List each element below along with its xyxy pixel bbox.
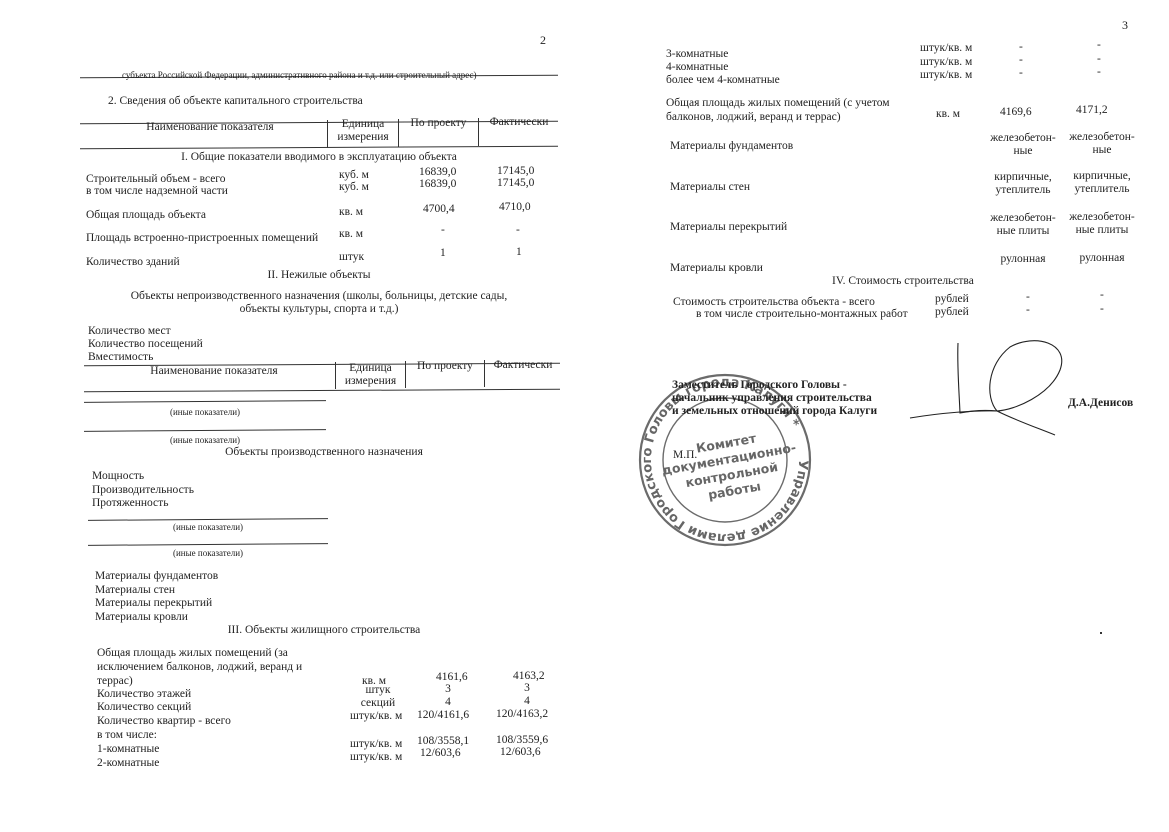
row-unit: кв. м: [339, 228, 363, 241]
blank-line: [84, 429, 326, 432]
col-unit-1: Единица: [336, 362, 405, 375]
table-header-bottom-rule: [84, 389, 560, 392]
row-name: 2-комнатные: [97, 757, 159, 770]
row-actual: -: [1097, 53, 1101, 66]
signatory-title-1: Заместитель Городского Головы -: [672, 379, 847, 392]
row-unit: секций: [346, 697, 410, 710]
section3-title: III. Объекты жилищного строительства: [80, 624, 568, 637]
row-actual: железобетон-: [1062, 131, 1142, 144]
row-unit: куб. м: [339, 181, 369, 194]
material-item: Материалы кровли: [95, 611, 188, 624]
row-project: кирпичные,: [983, 171, 1063, 184]
row-name: Количество секций: [97, 701, 191, 714]
prod-item: Производительность: [92, 484, 194, 497]
row-project: ные: [983, 145, 1063, 158]
row-name: Площадь встроенно-пристроенных помещений: [86, 232, 318, 245]
page-number: 3: [1122, 18, 1128, 32]
col-unit-1: Единица: [328, 118, 398, 131]
signatory-name: Д.А.Денисов: [1068, 397, 1133, 410]
col-name: Наименование показателя: [100, 365, 328, 378]
nonprod-title-1: Объекты непроизводственного назначения (…: [80, 290, 558, 303]
including-label: в том числе:: [97, 729, 157, 742]
row-name: Количество зданий: [86, 256, 180, 269]
handwritten-signature: [905, 335, 1065, 445]
row-unit: штук/кв. м: [350, 751, 402, 764]
row-actual: 3: [504, 682, 550, 695]
row-project: 3: [425, 683, 471, 696]
scan-speck: [1100, 632, 1102, 634]
col-actual: Фактически: [479, 116, 559, 129]
total-area-label-2: балконов, лоджий, веранд и террас): [666, 111, 841, 124]
total-area-actual: 4171,2: [1076, 104, 1108, 117]
row-project: 1: [440, 247, 446, 260]
other-indicators-caption: (иные показатели): [88, 522, 328, 533]
row-name: Материалы стен: [670, 181, 750, 194]
row-actual: -: [1097, 39, 1101, 52]
seal-label: М.П.: [673, 449, 697, 462]
signatory-title-3: и земельных отношений города Калуги: [672, 405, 877, 418]
prod-title: Объекты производственного назначения: [80, 446, 568, 459]
table-header-bottom-rule: [80, 146, 558, 150]
row-project: 16839,0: [419, 178, 456, 191]
other-indicators-caption: (иные показатели): [84, 435, 326, 446]
row-unit: штук/кв. м: [350, 710, 402, 723]
col-unit-2: измерения: [336, 375, 405, 388]
material-item: Материалы фундаментов: [95, 570, 218, 583]
row-unit: рублей: [935, 306, 969, 319]
nonprod-item: Количество посещений: [88, 338, 203, 351]
row-project: ные плиты: [983, 225, 1063, 238]
row-actual: 120/4163,2: [496, 708, 548, 721]
row-name: в том числе строительно-монтажных работ: [696, 308, 908, 321]
row-project: -: [1019, 54, 1023, 67]
row-name: в том числе надземной части: [86, 185, 228, 198]
row-name: Количество этажей: [97, 688, 191, 701]
section2-title: II. Нежилые объекты: [80, 269, 558, 282]
row-actual: рулонная: [1062, 252, 1142, 265]
row-actual: 4: [504, 695, 550, 708]
total-area-label-1: Общая площадь жилых помещений (с учетом: [666, 97, 890, 110]
row-project: железобетон-: [983, 212, 1063, 225]
col-name: Наименование показателя: [100, 121, 320, 134]
row-name: Материалы фундаментов: [670, 140, 793, 153]
row-unit: штук/кв. м: [920, 42, 972, 55]
row-project: 4700,4: [423, 203, 455, 216]
blank-line: [84, 400, 326, 403]
row-project: рулонная: [983, 253, 1063, 266]
other-indicators-caption: (иные показатели): [84, 407, 326, 418]
row-project: 12/603,6: [420, 747, 461, 760]
row-project: -: [441, 224, 445, 237]
row-actual: утеплитель: [1062, 183, 1142, 196]
row-actual: -: [1100, 303, 1104, 316]
row-actual: железобетон-: [1062, 211, 1142, 224]
other-indicators-caption: (иные показатели): [88, 548, 328, 559]
row-name: 4-комнатные: [666, 61, 728, 74]
row-name: Количество квартир - всего: [97, 715, 231, 728]
row-unit: штук/кв. м: [920, 69, 972, 82]
row-name: 1-комнатные: [97, 743, 159, 756]
section4-title: IV. Стоимость строительства: [832, 275, 974, 288]
row-actual: -: [1097, 66, 1101, 79]
row-unit: рублей: [935, 293, 969, 306]
row-name: Общая площадь объекта: [86, 209, 206, 222]
material-item: Материалы стен: [95, 584, 175, 597]
col-project: По проекту: [406, 360, 484, 373]
col-actual: Фактически: [485, 359, 561, 372]
row-unit: штук: [339, 251, 364, 264]
total-area-unit: кв. м: [936, 108, 960, 121]
living-area-label-2: исключением балконов, лоджий, веранд и: [97, 661, 302, 674]
row-actual: 12/603,6: [500, 746, 541, 759]
row-unit: штук/кв. м: [920, 56, 972, 69]
section-heading: 2. Сведения об объекте капитального стро…: [108, 95, 363, 108]
row-actual: 4710,0: [499, 201, 531, 214]
row-name: 3-комнатные: [666, 48, 728, 61]
living-area-label-1: Общая площадь жилых помещений (за: [97, 647, 288, 660]
page-number: 2: [540, 33, 546, 47]
col-project: По проекту: [399, 117, 478, 130]
row-project: -: [1026, 291, 1030, 304]
row-name: более чем 4-комнатные: [666, 74, 780, 87]
row-project: железобетон-: [983, 132, 1063, 145]
total-area-project: 4169,6: [1000, 106, 1032, 119]
row-actual: кирпичные,: [1062, 170, 1142, 183]
prod-item: Мощность: [92, 470, 144, 483]
nonprod-item: Вместимость: [88, 351, 153, 364]
blank-line: [88, 518, 328, 521]
row-project: -: [1019, 41, 1023, 54]
nonprod-item: Количество мест: [88, 325, 171, 338]
nonprod-title-2: объекты культуры, спорта и т.д.): [80, 303, 558, 316]
row-project: 4: [425, 696, 471, 709]
row-actual: -: [516, 224, 520, 237]
row-actual: -: [1100, 289, 1104, 302]
section1-title: I. Общие показатели вводимого в эксплуат…: [80, 151, 558, 164]
address-caption: субъекта Российской Федерации, администр…: [122, 70, 476, 81]
blank-line: [88, 543, 328, 546]
row-unit: кв. м: [339, 206, 363, 219]
material-item: Материалы перекрытий: [95, 597, 212, 610]
row-actual: 1: [516, 246, 522, 259]
row-project: 120/4161,6: [417, 709, 469, 722]
prod-item: Протяженность: [92, 497, 168, 510]
row-unit: штук: [346, 684, 410, 697]
row-actual: ные: [1062, 144, 1142, 157]
row-name: Материалы кровли: [670, 262, 763, 275]
row-project: утеплитель: [983, 184, 1063, 197]
row-actual: 17145,0: [497, 177, 534, 190]
row-actual: ные плиты: [1062, 224, 1142, 237]
signatory-title-2: начальник управления строительства: [672, 392, 872, 405]
row-project: -: [1026, 304, 1030, 317]
row-name: Материалы перекрытий: [670, 221, 787, 234]
col-unit-2: измерения: [328, 131, 398, 144]
living-area-label-3: террас): [97, 675, 133, 688]
row-unit: штук/кв. м: [350, 738, 402, 751]
row-project: -: [1019, 67, 1023, 80]
